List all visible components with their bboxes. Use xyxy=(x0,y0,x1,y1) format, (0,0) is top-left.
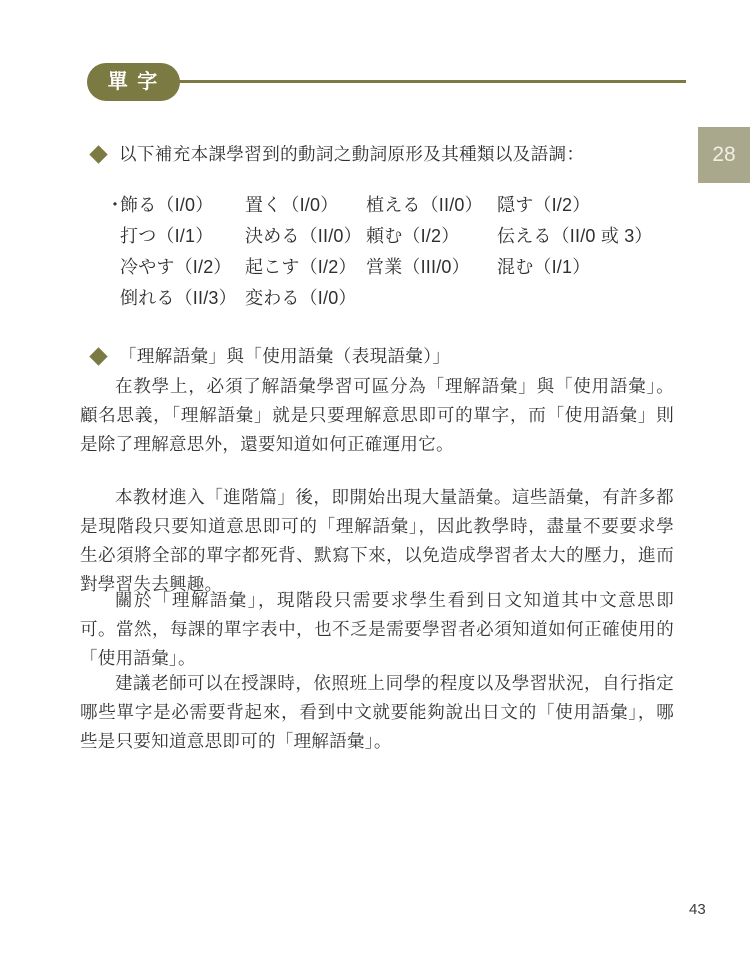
verb-item: 伝える（II/0 或 3） xyxy=(497,221,680,252)
verb-row: 打つ（I/1） 決める（II/0） 頼む（I/2） 伝える（II/0 或 3） xyxy=(120,221,680,252)
diamond-bullet-icon xyxy=(89,347,107,365)
verb-item: 混む（I/1） xyxy=(497,252,680,283)
verb-item: 植える（II/0） xyxy=(366,190,497,221)
page-number: 43 xyxy=(689,901,706,918)
verb-item: 倒れる（II/3） xyxy=(120,283,245,314)
verb-item: 飾る（I/0） xyxy=(120,190,245,221)
body-paragraph-4: 建議老師可以在授課時，依照班上同學的程度以及學習狀況，自行指定哪些單字是必需要背… xyxy=(80,669,674,756)
verb-row: 冷やす（I/2） 起こす（I/2） 営業（III/0） 混む（I/1） xyxy=(120,252,680,283)
section1-heading: 以下補充本課學習到的動詞之動詞原形及其種類以及語調： xyxy=(119,143,584,166)
body-paragraph-3: 關於「理解語彙」，現階段只需要求學生看到日文知道其中文意思即可。當然，每課的單字… xyxy=(80,586,674,673)
verb-row: 倒れる（II/3） 変わる（I/0） xyxy=(120,283,680,314)
verb-row: ・ 飾る（I/0） 置く（I/0） 植える（II/0） 隠す（I/2） xyxy=(120,190,680,221)
verb-item: 変わる（I/0） xyxy=(245,283,366,314)
verb-list: ・ 飾る（I/0） 置く（I/0） 植える（II/0） 隠す（I/2） 打つ（I… xyxy=(120,190,680,314)
verb-item: 決める（II/0） xyxy=(245,221,366,252)
body-paragraph-2: 本教材進入「進階篇」後，即開始出現大量語彙。這些語彙，有許多都是現階段只要知道意… xyxy=(80,483,674,599)
verb-item: 隠す（I/2） xyxy=(497,190,680,221)
body-paragraph-1: 在教學上，必須了解語彙學習可區分為「理解語彙」與「使用語彙」。顧名思義，「理解語… xyxy=(80,372,674,459)
verb-item: 起こす（I/2） xyxy=(245,252,366,283)
verb-item: 置く（I/0） xyxy=(245,190,366,221)
section2-heading-row: 「理解語彙」與「使用語彙（表現語彙）」 xyxy=(90,345,450,368)
section2-heading: 「理解語彙」與「使用語彙（表現語彙）」 xyxy=(119,345,450,368)
vocabulary-section-badge: 單 字 xyxy=(87,63,180,101)
verb-item: 頼む（I/2） xyxy=(366,221,497,252)
list-dot-marker: ・ xyxy=(106,190,124,221)
document-page: 單 字 28 以下補充本課學習到的動詞之動詞原形及其種類以及語調： ・ 飾る（I… xyxy=(0,0,750,962)
header-rule xyxy=(178,80,686,83)
lesson-number-tab: 28 xyxy=(698,127,750,183)
section1-heading-row: 以下補充本課學習到的動詞之動詞原形及其種類以及語調： xyxy=(90,143,584,166)
verb-item: 営業（III/0） xyxy=(366,252,497,283)
verb-item: 打つ（I/1） xyxy=(120,221,245,252)
diamond-bullet-icon xyxy=(89,145,107,163)
verb-item: 冷やす（I/2） xyxy=(120,252,245,283)
